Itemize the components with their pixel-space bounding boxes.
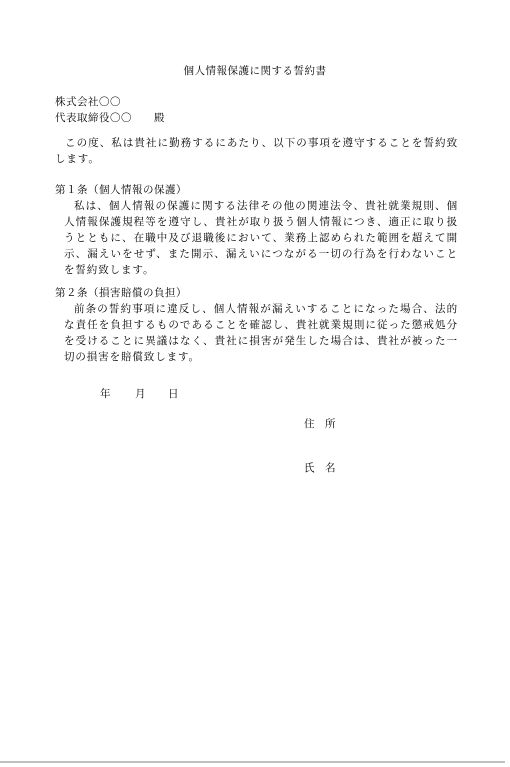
article-1-heading: 第１条（個人情報の保護） — [55, 182, 187, 197]
signature-name-label: 氏 名 — [304, 460, 336, 475]
document-page: 個人情報保護に関する誓約書 株式会社〇〇 代表取締役〇〇 殿 この度、私は貴社に… — [0, 0, 510, 767]
date-year-label: 年 — [100, 386, 111, 401]
article-2-body: 前条の誓約事項に違反し、個人情報が漏えいすることになった場合、法的な責任を負担す… — [64, 301, 458, 365]
date-day-label: 日 — [168, 386, 179, 401]
addressee-company: 株式会社〇〇 — [55, 94, 121, 109]
date-month-label: 月 — [135, 386, 146, 401]
document-title: 個人情報保護に関する誓約書 — [0, 63, 510, 78]
page-bottom-border — [0, 761, 505, 763]
addressee-representative: 代表取締役〇〇 殿 — [55, 110, 165, 125]
preamble: この度、私は貴社に勤務するにあたり、以下の事項を遵守することを誓約致します。 — [55, 135, 458, 167]
article-1-body: 私は、個人情報の保護に関する法律その他の関連法令、貴社就業規則、個人情報保護規程… — [64, 198, 458, 278]
signature-address-label: 住 所 — [304, 416, 336, 431]
article-2-heading: 第２条（損害賠償の負担） — [55, 285, 187, 300]
